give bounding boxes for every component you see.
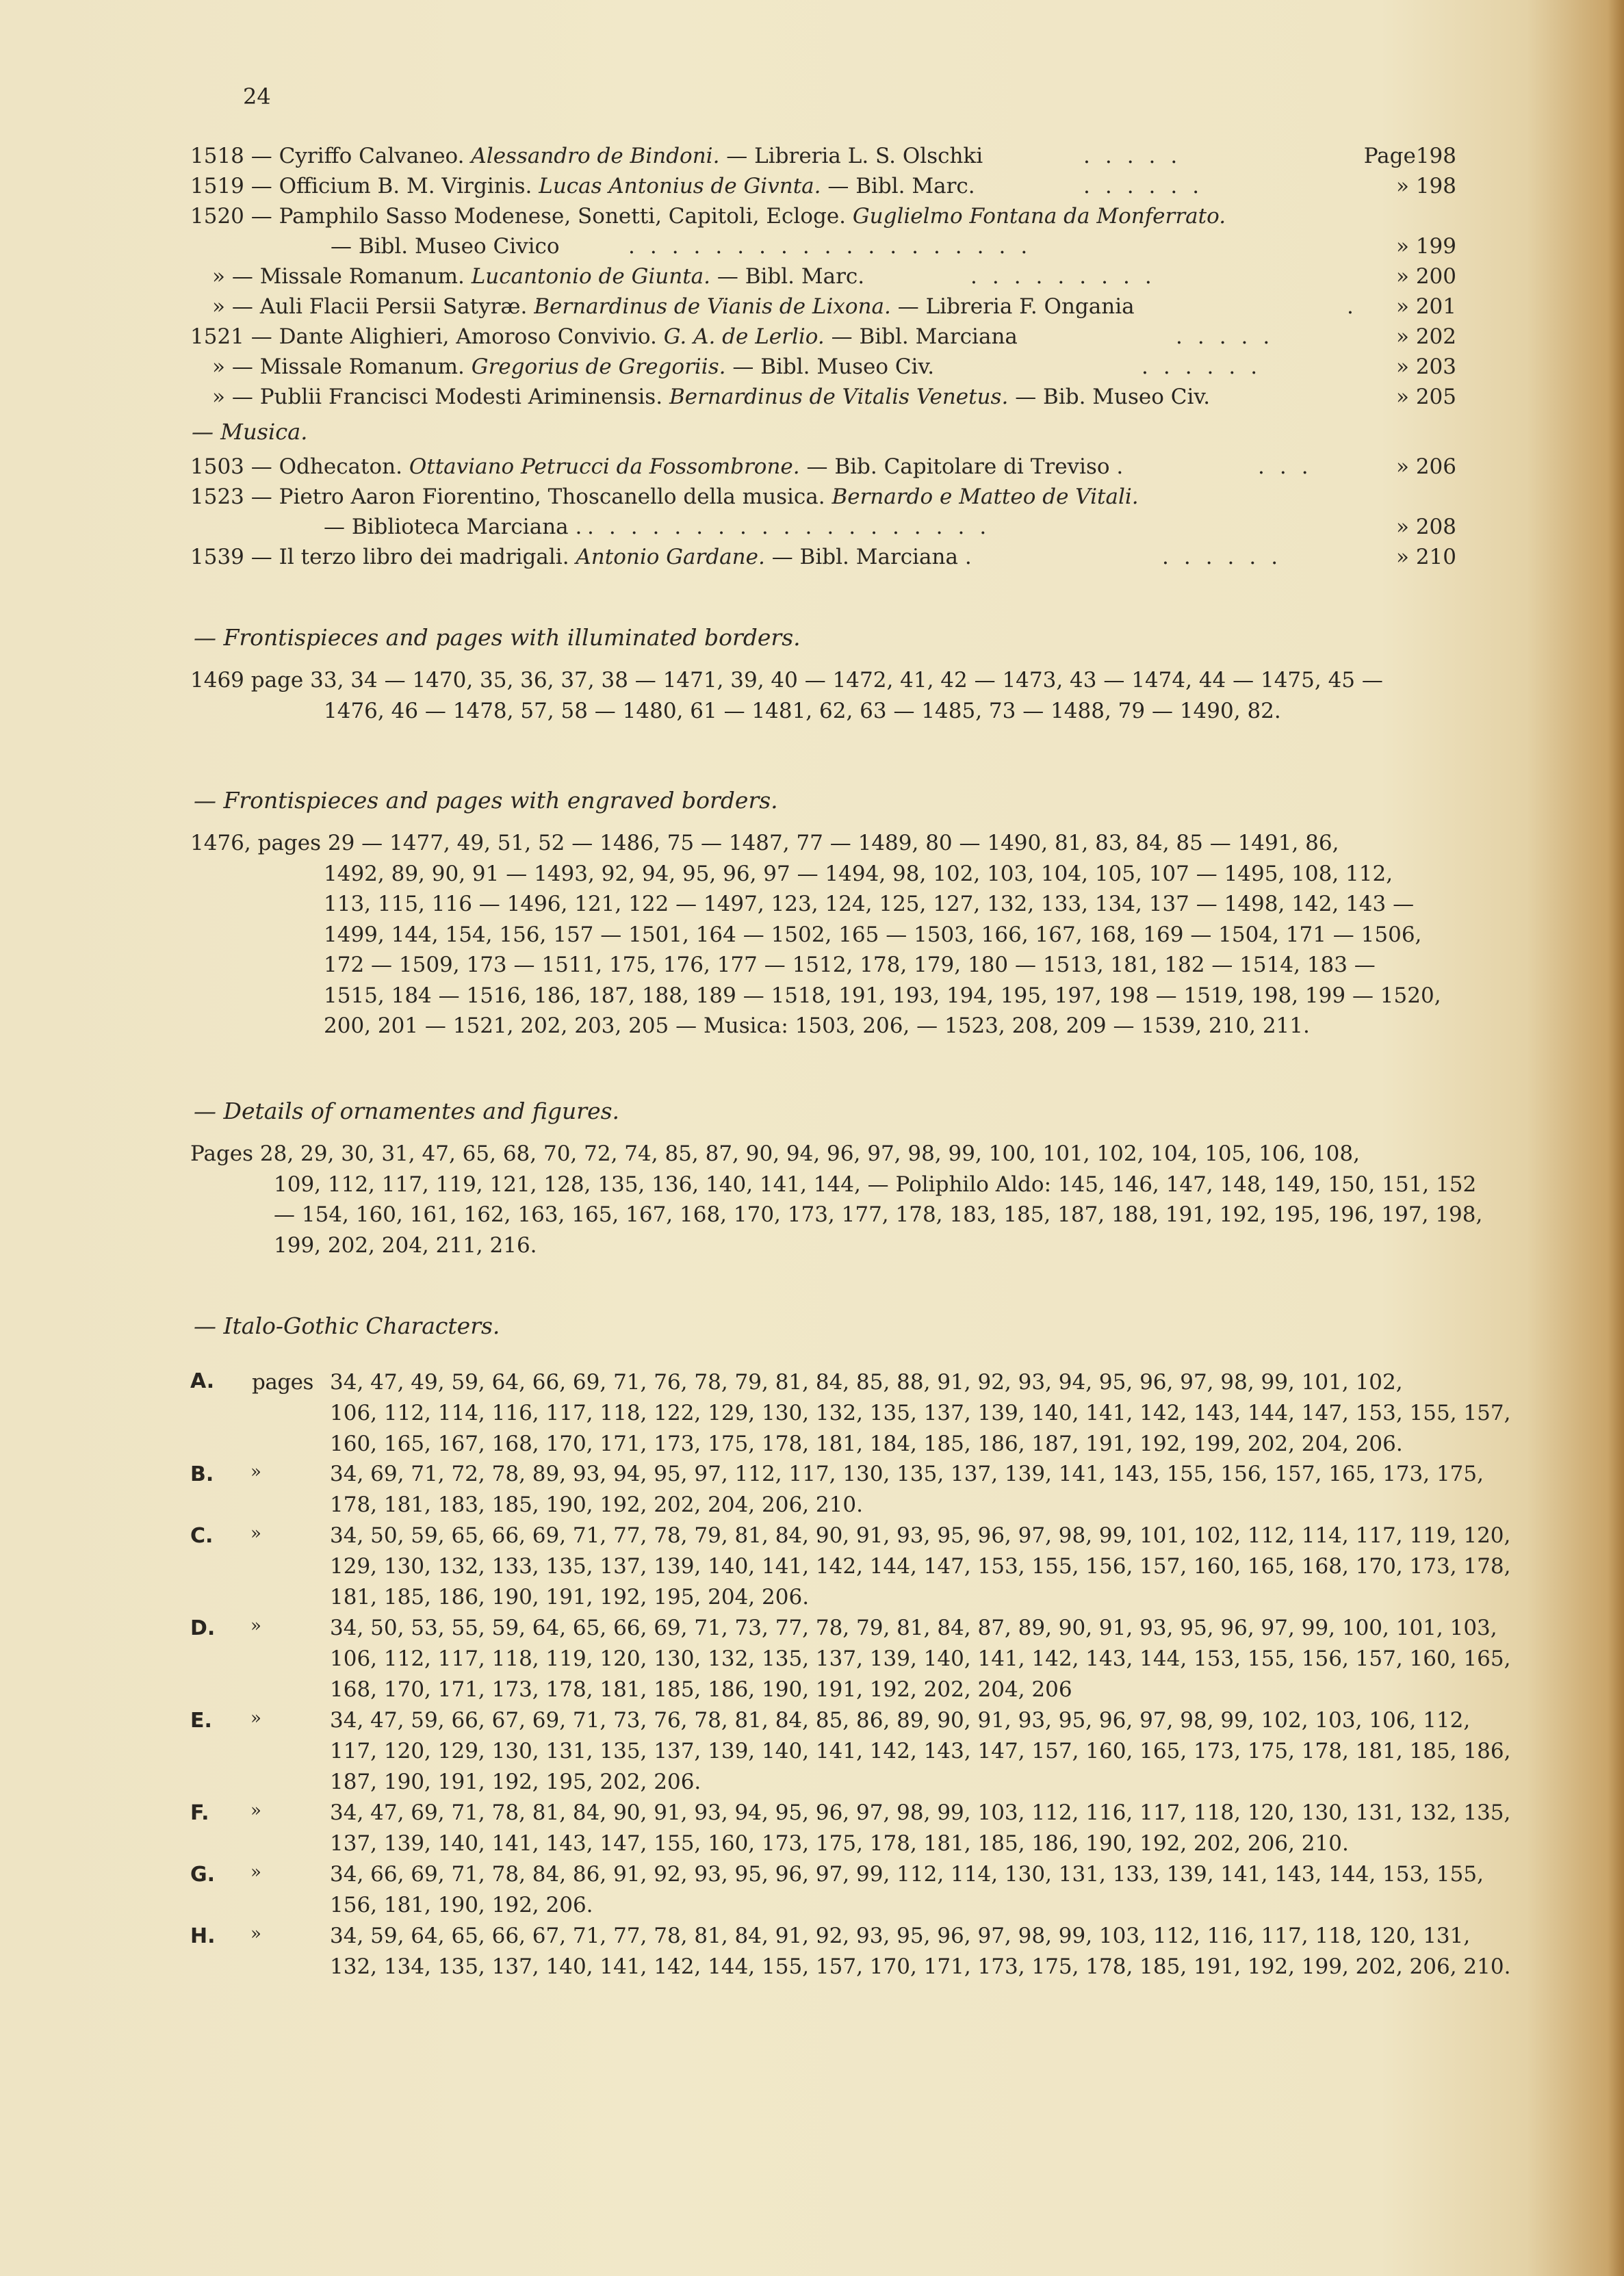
letter-prefix: pages xyxy=(252,1367,313,1397)
musica-entry-1523: 1523 — Pietro Aaron Fiorentino, Thoscane… xyxy=(190,482,1456,512)
page-number: 24 xyxy=(243,83,271,109)
entry-1520-persii: » — Auli Flacii Persii Satyræ. Bernardin… xyxy=(190,292,1456,322)
entry-1518: 1518 — Cyriffo Calvaneo. Alessandro de B… xyxy=(190,141,1456,171)
entry-1521: 1521 — Dante Alighieri, Amoroso Convivio… xyxy=(190,322,1456,352)
section-heading-italo-gothic: — Italo-Gothic Characters. xyxy=(194,1312,500,1339)
section-heading-details: — Details of ornamentes and figures. xyxy=(194,1098,619,1124)
letter-label: E. xyxy=(190,1709,212,1733)
section-heading-illuminated: — Frontispieces and pages with illuminat… xyxy=(194,624,801,651)
ditto-mark: » xyxy=(250,1708,261,1729)
illuminated-list: 1469 page 33, 34 — 1470, 35, 36, 37, 38 … xyxy=(190,665,1456,726)
section-heading-engraved: — Frontispieces and pages with engraved … xyxy=(194,787,778,814)
ditto-mark: » xyxy=(250,1924,261,1944)
musica-entry-1503: 1503 — Odhecaton. Ottaviano Petrucci da … xyxy=(190,452,1456,482)
letter-label: B. xyxy=(190,1462,214,1486)
ditto-mark: » xyxy=(250,1800,261,1821)
entry-1521-modesti: » — Publii Francisci Modesti Ariminensis… xyxy=(190,382,1456,412)
entry-1521-missale: » — Missale Romanum. Gregorius de Gregor… xyxy=(190,352,1456,382)
letter-label: F. xyxy=(190,1801,209,1825)
section-heading-musica: — Musica. xyxy=(192,419,307,445)
ditto-mark: » xyxy=(250,1616,261,1636)
letter-label: H. xyxy=(190,1924,216,1948)
ditto-mark: » xyxy=(250,1862,261,1883)
musica-entry-1523-location: — Biblioteca Marciana . ................… xyxy=(190,512,1456,542)
letter-label: G. xyxy=(190,1863,215,1887)
engraved-list: 1476, pages 29 — 1477, 49, 51, 52 — 1486… xyxy=(190,828,1456,1042)
entry-1520-location: — Bibl. Museo Civico ...................… xyxy=(190,231,1456,261)
entry-1519: 1519 — Officium B. M. Virginis. Lucas An… xyxy=(190,171,1456,201)
entry-1520: 1520 — Pamphilo Sasso Modenese, Sonetti,… xyxy=(190,201,1456,231)
entry-1520-missale: » — Missale Romanum. Lucantonio de Giunt… xyxy=(190,261,1456,292)
musica-entry-1539: 1539 — Il terzo libro dei madrigali. Ant… xyxy=(190,542,1456,572)
letter-label: D. xyxy=(190,1616,215,1640)
ditto-mark: » xyxy=(250,1523,261,1544)
details-list: Pages 28, 29, 30, 31, 47, 65, 68, 70, 72… xyxy=(190,1139,1456,1260)
ditto-mark: » xyxy=(250,1462,261,1482)
letter-label: A. xyxy=(190,1369,214,1393)
book-page: 24 1518 — Cyriffo Calvaneo. Alessandro d… xyxy=(0,0,1624,2276)
letter-label: C. xyxy=(190,1524,213,1548)
